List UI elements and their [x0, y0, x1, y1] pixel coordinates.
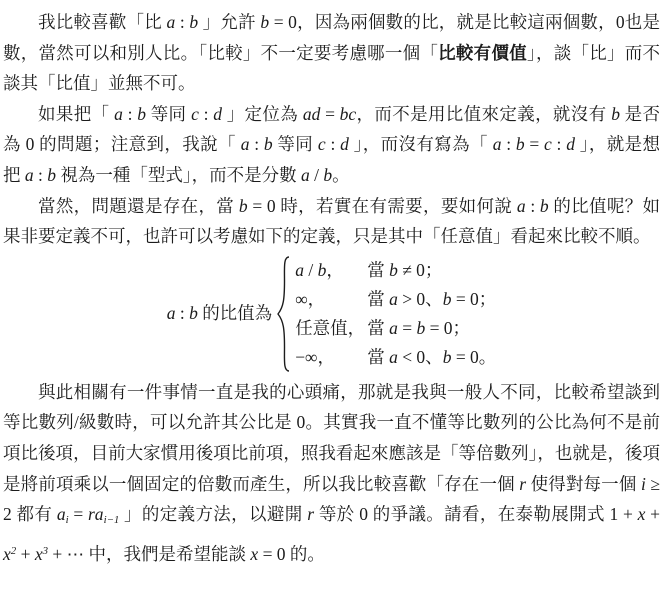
text-run: 視為一種「型式」，而不是分數: [56, 165, 301, 185]
math-run: b: [137, 104, 146, 124]
math-run: a: [114, 104, 123, 124]
text-run: 。: [332, 165, 350, 185]
formula-cases: a / b， 當 b ≠ 0； ∞， 當 a > 0、b = 0； 任意值， 當…: [295, 256, 496, 372]
math-run: ra: [88, 504, 104, 524]
text-run: 」的定義方法，以避開: [119, 504, 307, 524]
math-run: i−1: [104, 514, 120, 526]
formula-case-row-2: ∞， 當 a > 0、b = 0；: [295, 285, 496, 314]
text-run: =: [320, 104, 339, 124]
text-run: 當: [367, 260, 389, 280]
case-condition: 當 b ≠ 0；: [367, 256, 442, 285]
text-run: = 0。: [451, 347, 496, 367]
math-run: a: [389, 289, 398, 309]
text-run: < 0、: [398, 347, 443, 367]
text-run: 任意值，: [295, 318, 365, 338]
math-run: b: [264, 134, 273, 154]
text-run: :: [199, 104, 213, 124]
text-run: = 0 的。: [258, 544, 325, 564]
math-run: bc: [340, 104, 357, 124]
math-run: b: [540, 196, 549, 216]
case-value: 任意值，: [295, 314, 367, 343]
text-run: = 0；: [451, 289, 496, 309]
text-run: 等同: [146, 104, 191, 124]
paragraph-ratio-value-question: 當然，問題還是存在，當 b = 0 時，若實在有需要，要如何說 a : b 的比…: [3, 191, 660, 252]
math-run: c: [544, 134, 552, 154]
text-run: 當: [367, 289, 389, 309]
text-run: + ⋯ 中，我們是希望能談: [48, 544, 250, 564]
formula-block: a : b 的比值為 a / b， 當 b ≠ 0； ∞， 當 a > 0、b …: [3, 255, 660, 373]
math-run: a: [517, 196, 526, 216]
text-run: +: [645, 504, 662, 524]
case-condition: 當 a > 0、b = 0；: [367, 285, 496, 314]
math-run: a: [389, 347, 398, 367]
text-run: = 0；: [425, 318, 470, 338]
text-run: 如果把「: [38, 104, 114, 124]
paragraph-geometric-sequence: 與此相關有一件事情一直是我的心頭痛，那就是我與一般人不同，比較希望談到等比數列/…: [3, 377, 660, 570]
text-run: ，而不是用比值來定義，就沒有: [356, 104, 611, 124]
text-run: 當: [367, 318, 389, 338]
math-run: ad: [303, 104, 321, 124]
math-run: c: [318, 134, 326, 154]
text-run: =: [69, 504, 88, 524]
text-run: 我比較喜歡「比: [38, 12, 167, 32]
math-run: b: [189, 12, 198, 32]
text-run: :: [526, 196, 540, 216]
formula-case-row-1: a / b， 當 b ≠ 0；: [295, 256, 496, 285]
formula-case-row-3: 任意值， 當 a = b = 0；: [295, 314, 496, 343]
math-run: b: [516, 134, 525, 154]
text-run: 」允許: [198, 12, 260, 32]
math-run: b: [611, 104, 620, 124]
formula-lead: a : b 的比值為: [167, 299, 273, 328]
math-run: d: [340, 134, 349, 154]
math-run: x: [3, 544, 11, 564]
math-run: b: [389, 260, 398, 280]
text-run: :: [123, 104, 137, 124]
text-run: 當: [367, 347, 389, 367]
text-run: ≠ 0；: [398, 260, 443, 280]
math-run: a: [167, 12, 176, 32]
text-run: −∞，: [295, 347, 335, 367]
math-run: d: [213, 104, 222, 124]
bold-run: 比較有價值: [438, 43, 527, 63]
paragraph-ratio-preference: 我比較喜歡「比 a : b 」允許 b = 0，因為兩個數的比，就是比較這兩個數…: [3, 7, 660, 99]
math-run: a: [25, 165, 34, 185]
math-run: d: [566, 134, 575, 154]
text-run: :: [552, 134, 566, 154]
text-run: /: [310, 165, 324, 185]
case-value: a / b，: [295, 256, 367, 285]
text-run: :: [34, 165, 48, 185]
case-value: ∞，: [295, 285, 367, 314]
math-run: b: [239, 196, 248, 216]
text-run: 」定位為: [222, 104, 303, 124]
text-run: =: [398, 318, 417, 338]
text-run: :: [249, 134, 263, 154]
math-run: x: [35, 544, 43, 564]
math-run: b: [416, 318, 425, 338]
case-condition: 當 a = b = 0；: [367, 314, 470, 343]
left-brace-icon: [275, 255, 291, 373]
text-run: 的比值為: [198, 303, 272, 323]
text-run: 當然，問題還是存在，當: [38, 196, 239, 216]
text-run: /: [304, 260, 318, 280]
text-run: +: [16, 544, 35, 564]
math-run: a: [389, 318, 398, 338]
case-condition: 當 a < 0、b = 0。: [367, 343, 496, 372]
math-run: b: [47, 165, 56, 185]
math-run: a: [301, 165, 310, 185]
text-run: = 0 時，若實在有需要，要如何說: [248, 196, 517, 216]
math-run: b: [260, 12, 269, 32]
formula-case-row-4: −∞， 當 a < 0、b = 0。: [295, 343, 496, 372]
math-run: b: [318, 260, 327, 280]
text-run: :: [501, 134, 515, 154]
text-run: 」，而沒有寫為「: [349, 134, 493, 154]
text-run: :: [175, 12, 189, 32]
text-run: ∞，: [295, 289, 325, 309]
text-run: 使得對每一個: [526, 474, 641, 494]
paragraph-equivalence-definition: 如果把「 a : b 等同 c : d 」定位為 ad = bc，而不是用比值來…: [3, 99, 660, 191]
math-run: b: [189, 303, 198, 323]
text-run: > 0、: [398, 289, 443, 309]
text-run: ，: [326, 260, 344, 280]
text-run: :: [175, 303, 189, 323]
math-run: a: [295, 260, 304, 280]
text-run: :: [326, 134, 340, 154]
document-page: 我比較喜歡「比 a : b 」允許 b = 0，因為兩個數的比，就是比較這兩個數…: [0, 0, 662, 603]
text-run: 等同: [273, 134, 318, 154]
text-run: =: [525, 134, 544, 154]
math-run: c: [191, 104, 199, 124]
text-run: 等於 0 的爭議。請看，在泰勒展開式 1 +: [314, 504, 638, 524]
math-run: a: [57, 504, 66, 524]
math-run: b: [323, 165, 332, 185]
case-value: −∞，: [295, 343, 367, 372]
